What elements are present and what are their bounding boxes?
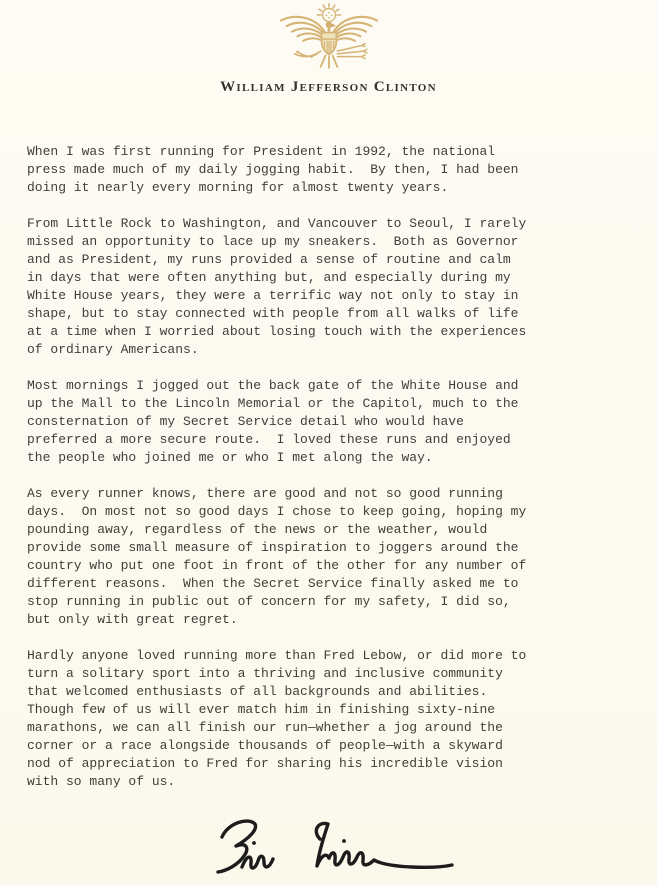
bill-clinton-signature-icon	[192, 808, 472, 882]
presidential-eagle-seal-icon	[268, 3, 390, 77]
letter-paragraph: As every runner knows, there are good an…	[27, 485, 642, 629]
letter-body: When I was first running for President i…	[27, 143, 642, 809]
letterhead-name: William Jefferson Clinton	[0, 79, 657, 96]
letter-paragraph: Most mornings I jogged out the back gate…	[27, 377, 642, 467]
letter-page: William Jefferson Clinton When I was fir…	[0, 0, 657, 885]
letter-paragraph: From Little Rock to Washington, and Vanc…	[27, 215, 642, 359]
letter-paragraph: When I was first running for President i…	[27, 143, 642, 197]
letter-paragraph: Hardly anyone loved running more than Fr…	[27, 647, 642, 791]
